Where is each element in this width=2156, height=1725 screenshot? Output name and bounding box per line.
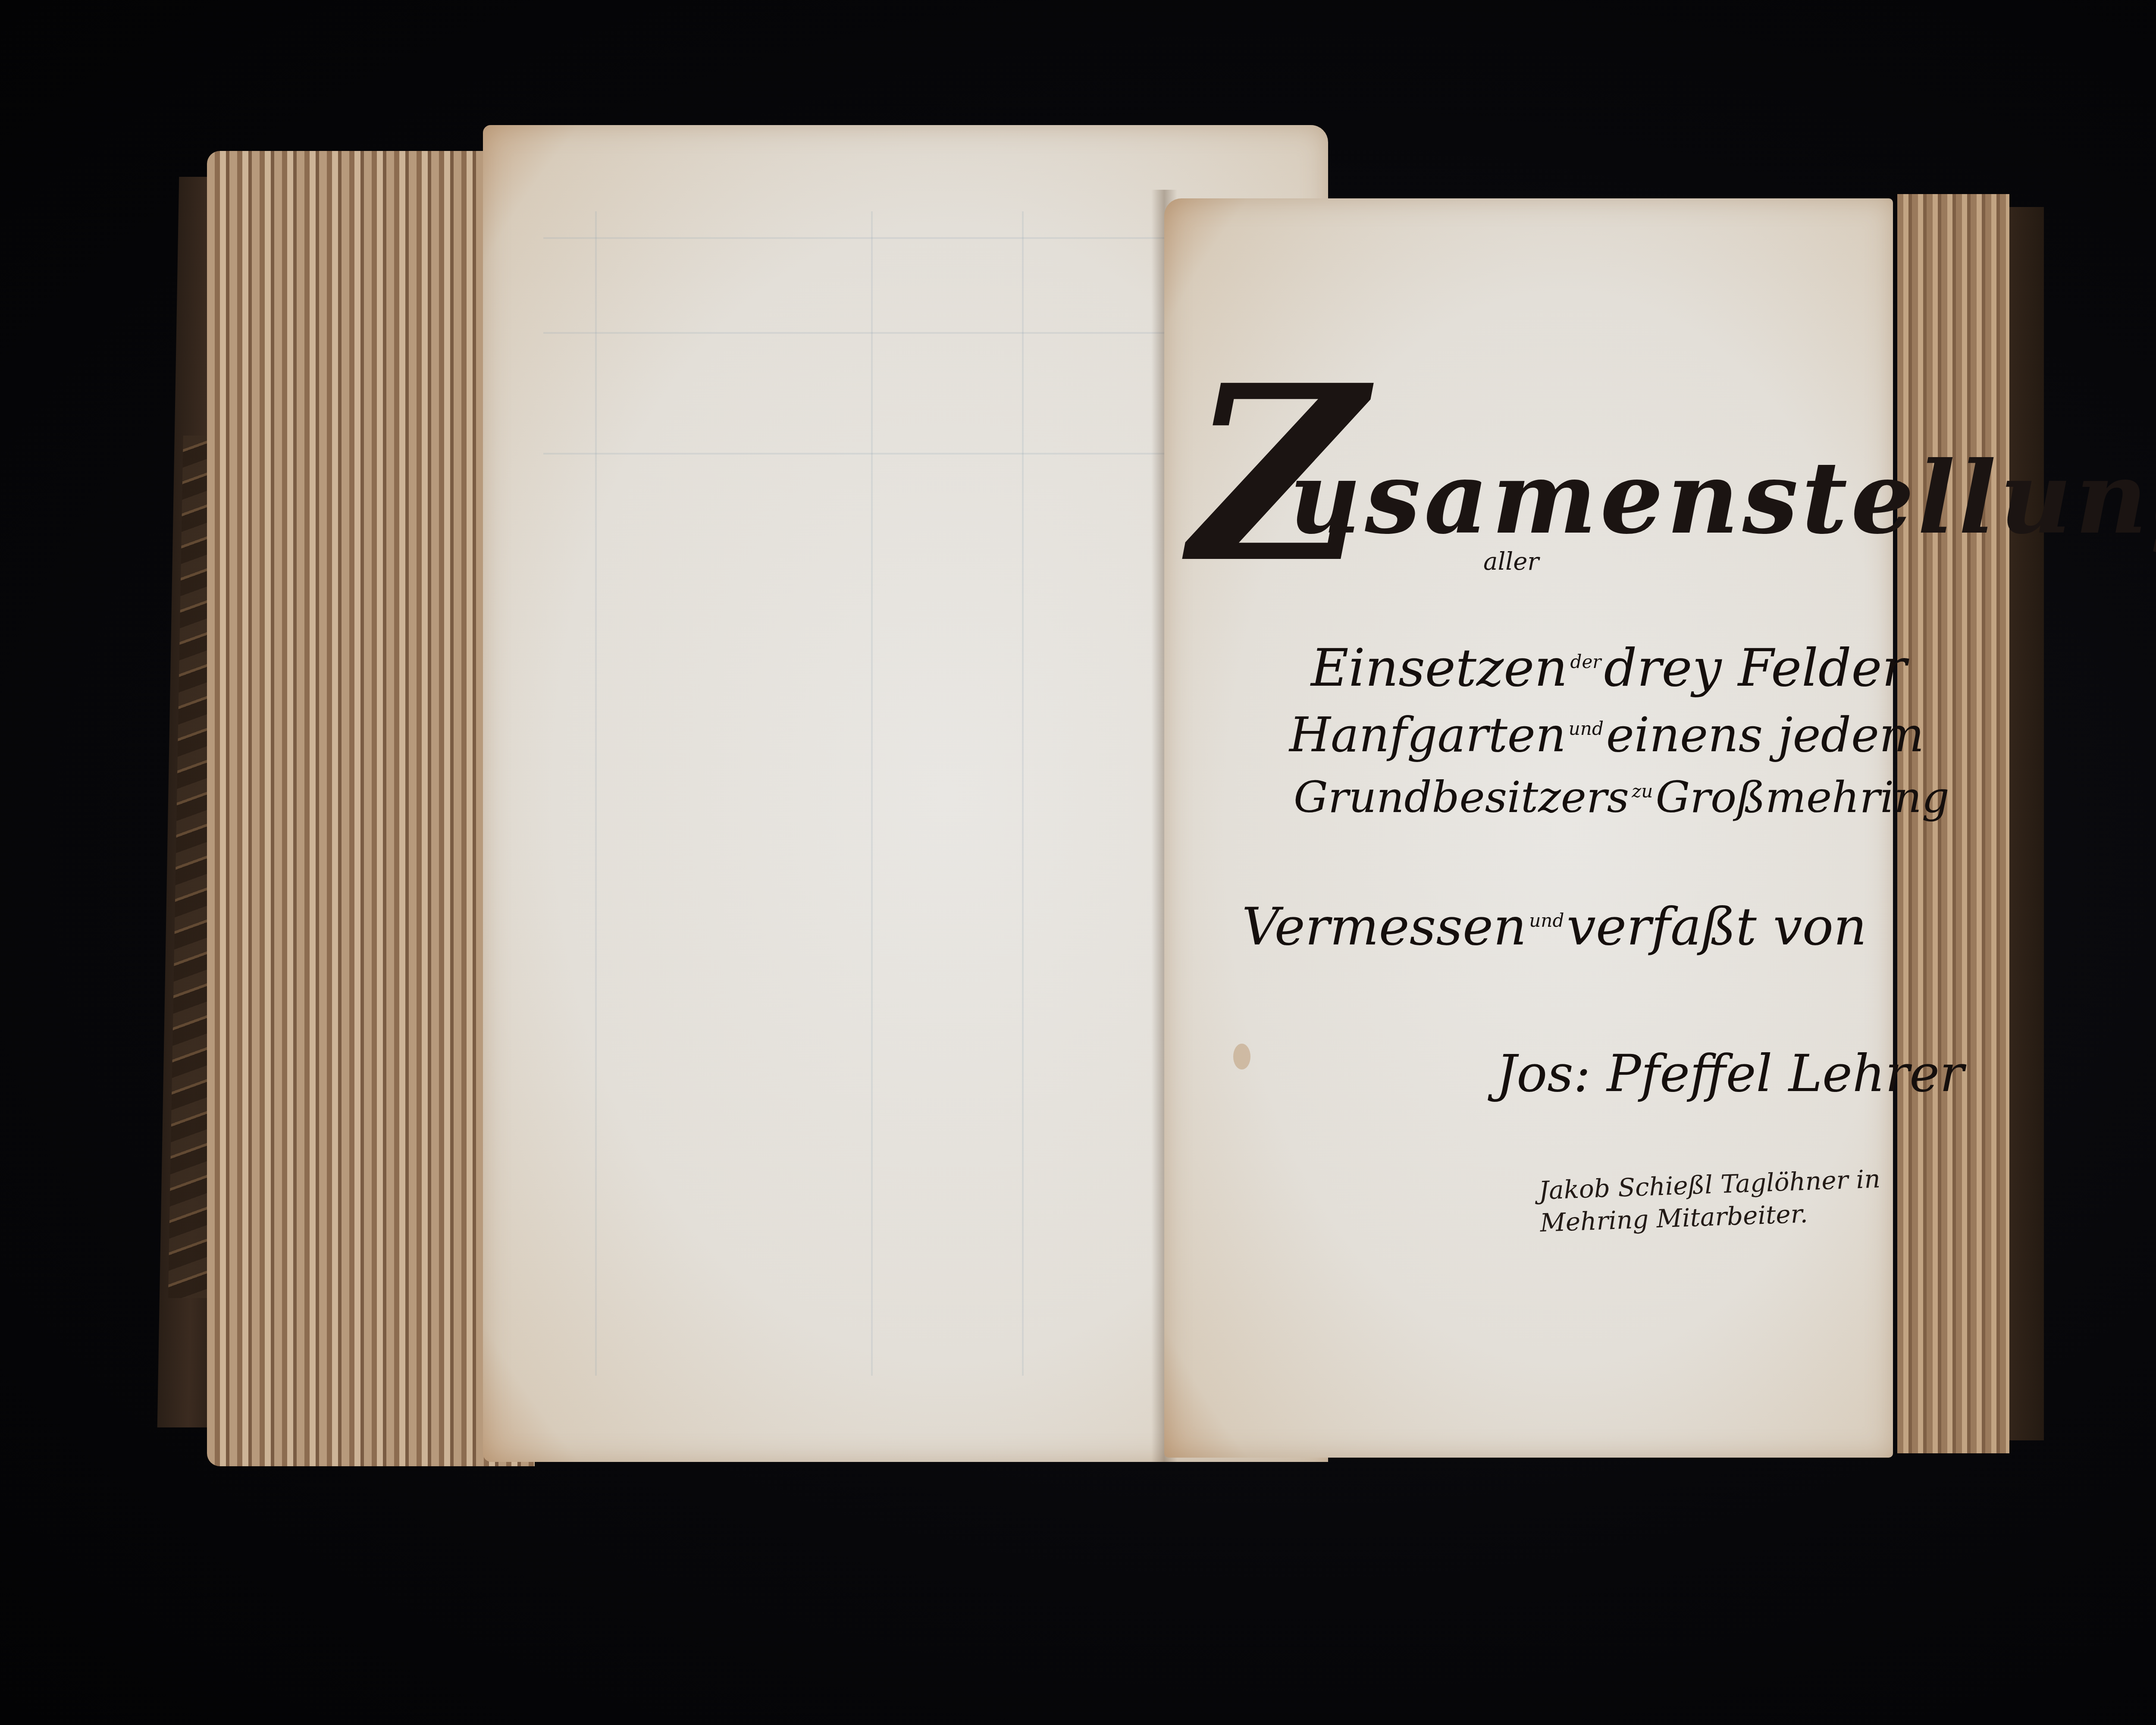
ghost-column-line <box>1022 211 1024 1376</box>
right-page-edges <box>1897 194 2009 1453</box>
credit-line: Vermessenundverfaßt von <box>1242 897 1867 957</box>
subtitle: aller <box>1483 548 1539 576</box>
author-signature: Jos: Pfeffel Lehrer <box>1496 1044 1964 1103</box>
ghost-column-line <box>595 211 597 1376</box>
stain <box>1233 1044 1250 1069</box>
text-line-1: Einsetzenderdrey Felder <box>1311 638 1907 698</box>
ghost-column-line <box>871 211 873 1376</box>
text-line-3: GrundbesitzerszuGroßmehring <box>1294 772 1949 822</box>
annotation-note: Jakob Schießl Taglöhner in Mehring Mitar… <box>1539 1163 1882 1239</box>
text-line-2: Hanfgartenundeinens jedem <box>1289 707 1924 762</box>
title-text: usamenstellung <box>1289 440 2156 556</box>
